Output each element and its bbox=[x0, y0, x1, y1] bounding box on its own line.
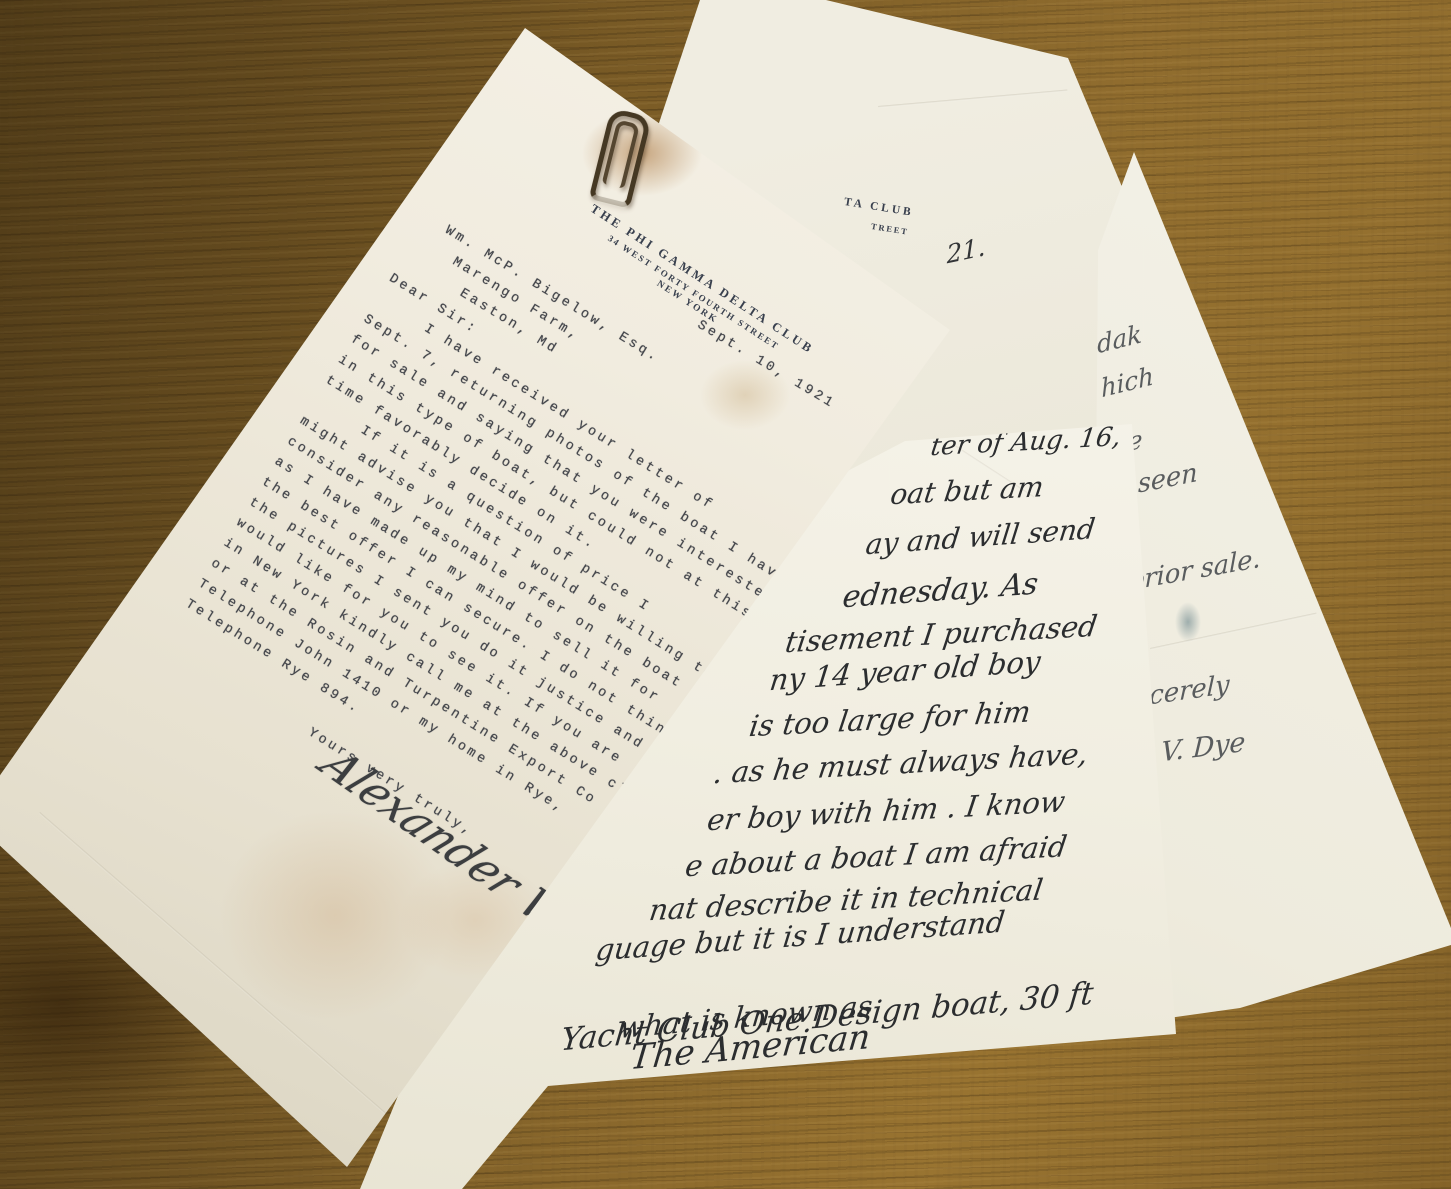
middle-letter-line: . as he must always have, bbox=[711, 736, 1090, 790]
back-sheet-crease bbox=[878, 89, 1067, 108]
back-letterhead-fragment-club: TA CLUB bbox=[843, 196, 914, 219]
typed-letter-fold-line bbox=[39, 812, 395, 1122]
middle-letter-line: er boy with him . I know bbox=[705, 784, 1067, 837]
middle-letter-line: ednesday. As bbox=[841, 566, 1040, 615]
middle-letter-line: is too large for him bbox=[747, 694, 1033, 743]
back-sheet-date-fragment: 21. bbox=[946, 232, 986, 270]
right-letter-line: hich bbox=[1100, 361, 1155, 403]
right-sheet-crease bbox=[1150, 613, 1317, 650]
middle-letter-line: ay and will send bbox=[864, 512, 1097, 561]
right-letter-line: prior sale. bbox=[1128, 544, 1261, 598]
back-letterhead-fragment-street: TREET bbox=[870, 221, 909, 237]
right-letter-line: dak bbox=[1096, 319, 1143, 360]
photo-vintage-letters: TA CLUB TREET 21. dak hich ice be seen p… bbox=[0, 0, 1451, 1189]
right-letter-closing-fragment: cerely bbox=[1149, 670, 1230, 712]
middle-letter-line: oat but am bbox=[888, 470, 1046, 511]
right-sheet-ink-smudge bbox=[1175, 602, 1201, 642]
right-letter-signature-fragment: V. Dye bbox=[1160, 727, 1246, 769]
